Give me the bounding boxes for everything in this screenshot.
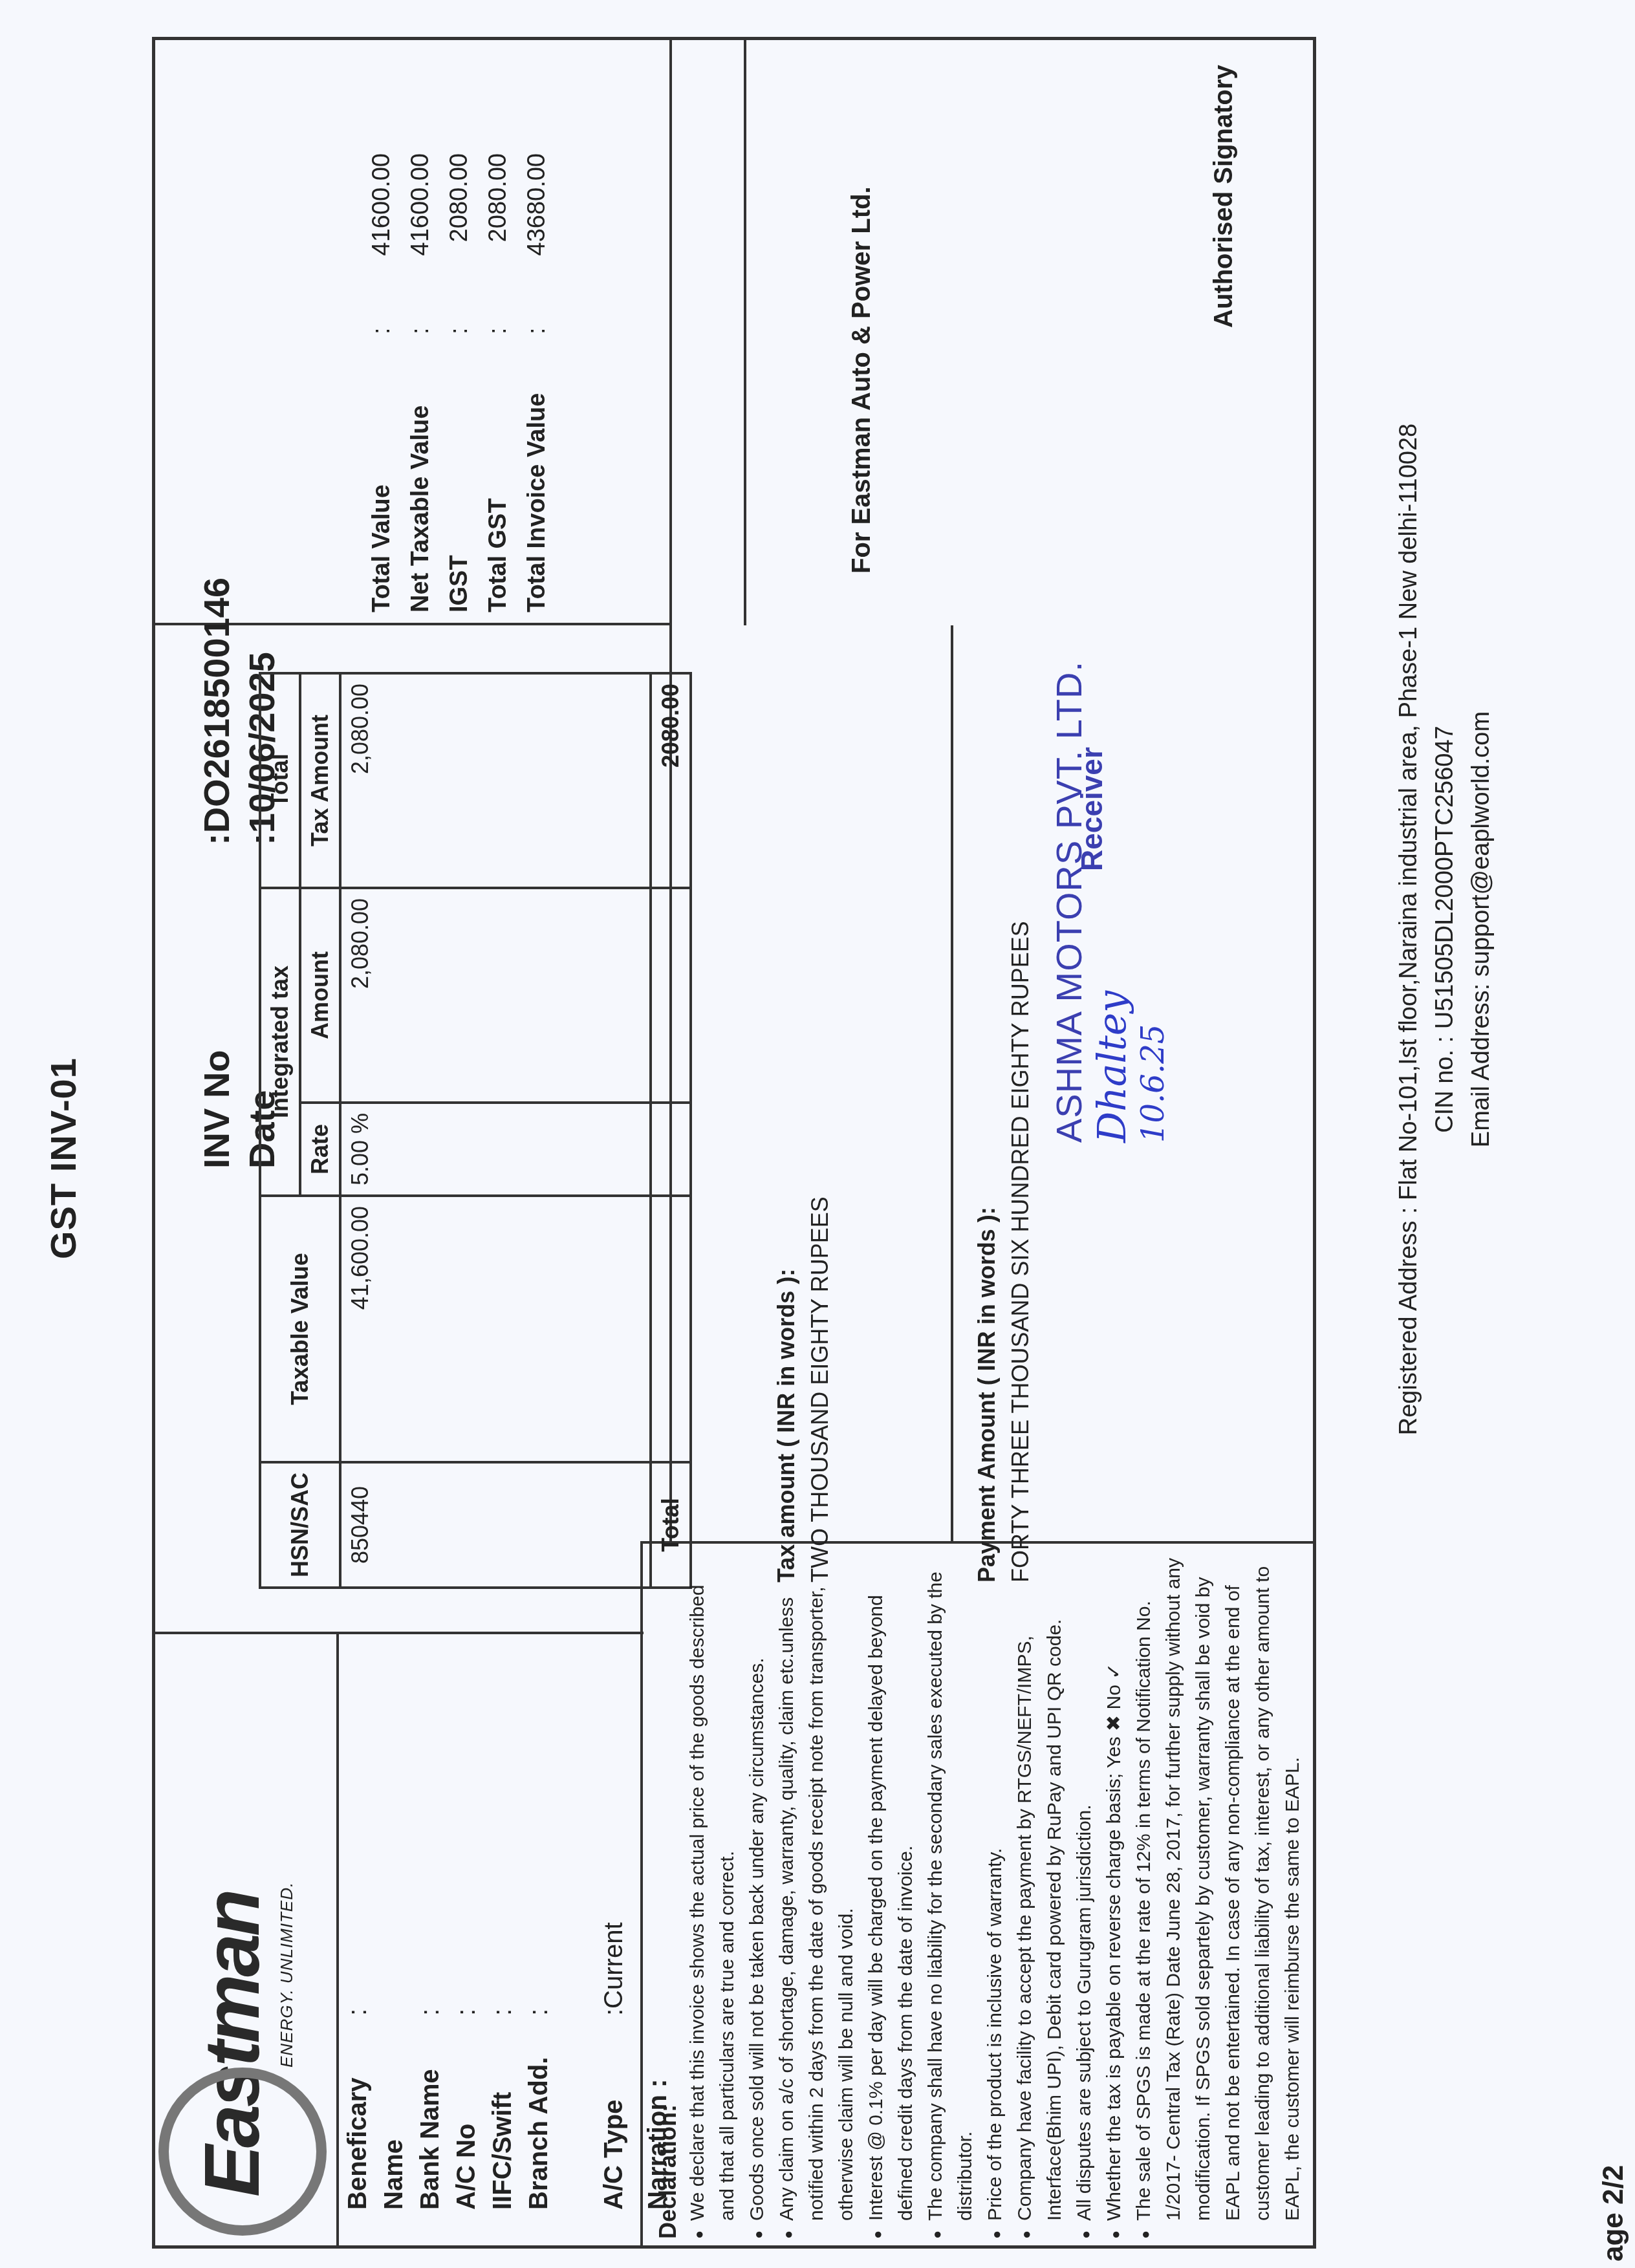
divider [744, 37, 746, 625]
taxable-cell: 41,600.00 [340, 1196, 651, 1462]
tax-words: Tax amount ( INR in words ): TWO THOUSAN… [770, 1196, 837, 1582]
bank-details: Beneficary Name: Bank Name: A/C No: IIFC… [340, 1923, 676, 2210]
col-amount: Amount [300, 888, 340, 1103]
col-integrated-tax: Integrated tax [260, 888, 300, 1196]
ac-type-value: :Current [596, 1923, 632, 2016]
totals-summary: Total Value:41600.00 Net Taxable Value:4… [362, 153, 556, 612]
declaration-item: Interest @ 0.1% per day will be charged … [861, 1553, 921, 2221]
total-value: 41600.00 [362, 153, 401, 289]
col-hsn: HSN/SAC [260, 1462, 340, 1588]
page-number: age 2/2 [1597, 2165, 1630, 2262]
handwritten-date: 10.6.25 [1135, 661, 1171, 1143]
inv-no-label: INV No [194, 845, 239, 1169]
col-tax-amount: Tax Amount [300, 673, 340, 888]
tax-words-value: TWO THOUSAND EIGHTY RUPEES [803, 1196, 837, 1582]
hsn-cell: 850440 [340, 1462, 651, 1588]
declaration-item: We declare that this invoice shows the a… [683, 1553, 742, 2221]
divider [152, 1632, 644, 1634]
table-row: 850440 41,600.00 5.00 % 2,080.00 2,080.0… [340, 673, 651, 1588]
declaration-item: Whether the tax is payable on reverse ch… [1099, 1553, 1129, 2221]
bank-value: : [412, 2009, 448, 2016]
tax-amount-cell: 2,080.00 [340, 673, 651, 888]
igst-value: 2080.00 [440, 153, 479, 289]
bank-label: Branch Add. [521, 2016, 557, 2210]
bank-label: A/C No [448, 2016, 484, 2210]
declaration-item: The company shall have no liability for … [921, 1553, 980, 2221]
total-gst-value: 2080.00 [479, 153, 517, 289]
col-total: Total [260, 673, 300, 888]
stamp-company: ASHMA MOTORS PVT. LTD. [1048, 661, 1090, 1143]
total-gst-label: Total GST [479, 334, 517, 612]
bank-label: Beneficary Name [340, 2016, 412, 2210]
tax-words-label: Tax amount ( INR in words ): [770, 1196, 803, 1582]
bank-value: : [448, 2009, 484, 2016]
payment-words-value: FORTY THREE THOUSAND SIX HUNDRED EIGHTY … [1004, 921, 1037, 1582]
total-value-label: Total Value [362, 334, 401, 612]
declaration-item: All disputes are subject to Gurugram jur… [1070, 1553, 1099, 2221]
amount-cell: 2,080.00 [340, 888, 651, 1103]
declaration-item: The sale of SPGS is made at the rate of … [1129, 1553, 1308, 2221]
for-company: For Eastman Auto & Power Ltd. [847, 186, 876, 574]
declaration-item: Company have facility to accept the paym… [1010, 1553, 1070, 2221]
total-row: Total 2080.00 [651, 673, 691, 1588]
items-table: HSN/SAC Taxable Value Integrated tax Tot… [259, 672, 692, 1589]
empty-cell [651, 1103, 691, 1196]
bank-label: IIFC/Swift [484, 2016, 521, 2210]
bank-value: : [484, 2009, 521, 2016]
net-taxable-label: Net Taxable Value [401, 334, 440, 612]
igst-label: IGST [440, 334, 479, 612]
bank-label: Bank Name [412, 2016, 448, 2210]
declaration-item: Any claim on a/c of shortage, damage, wa… [772, 1553, 861, 2221]
sun-icon [158, 2068, 327, 2236]
registered-address: Registered Address : Flat No-101,Ist flo… [1391, 250, 1427, 1608]
declaration-block: Declaration: We declare that this invoic… [653, 1553, 1308, 2239]
footer: Registered Address : Flat No-101,Ist flo… [1391, 250, 1499, 1608]
payment-words-label: Payment Amount ( INR in words ): [970, 921, 1004, 1582]
document-title: GST INV-01 [42, 1057, 84, 1259]
empty-cell [651, 888, 691, 1103]
cin-number: CIN no. : U51505DL2000PTC256047 [1427, 250, 1463, 1608]
email-address: Email Address: support@eaplworld.com [1463, 250, 1499, 1608]
empty-cell [651, 1196, 691, 1462]
bank-value: : [521, 2009, 557, 2016]
authorised-signatory: Authorised Signatory [1209, 65, 1239, 328]
payment-words: Payment Amount ( INR in words ): FORTY T… [970, 921, 1037, 1582]
divider [951, 625, 953, 1544]
ac-type-label: A/C Type [596, 2016, 632, 2210]
divider [336, 1634, 339, 2249]
col-rate: Rate [300, 1103, 340, 1196]
invoice-value-label: Total Invoice Value [517, 334, 556, 612]
declaration-item: Price of the product is inclusive of war… [980, 1553, 1010, 2221]
declaration-heading: Declaration: [653, 1553, 683, 2239]
receiver-stamp: ASHMA MOTORS PVT. LTD. Dhaltey 10.6.25 R… [1048, 661, 1109, 1143]
bank-value: : [340, 2009, 412, 2016]
rate-cell: 5.00 % [340, 1103, 651, 1196]
col-taxable: Taxable Value [260, 1196, 340, 1462]
net-taxable-value: 41600.00 [401, 153, 440, 289]
total-tax: 2080.00 [651, 673, 691, 888]
brand-tagline: ENERGY. UNLIMITED. [277, 1861, 297, 2068]
eastman-logo: Eastman ENERGY. UNLIMITED. [188, 1861, 317, 2197]
invoice-page: GST INV-01 Eastman ENERGY. UNLIMITED. Be… [0, 0, 1635, 2268]
invoice-value: 43680.00 [517, 153, 556, 289]
declaration-item: Goods once sold will not be taken back u… [742, 1553, 772, 2221]
inv-no-value: :DO2618500146 [194, 578, 239, 845]
